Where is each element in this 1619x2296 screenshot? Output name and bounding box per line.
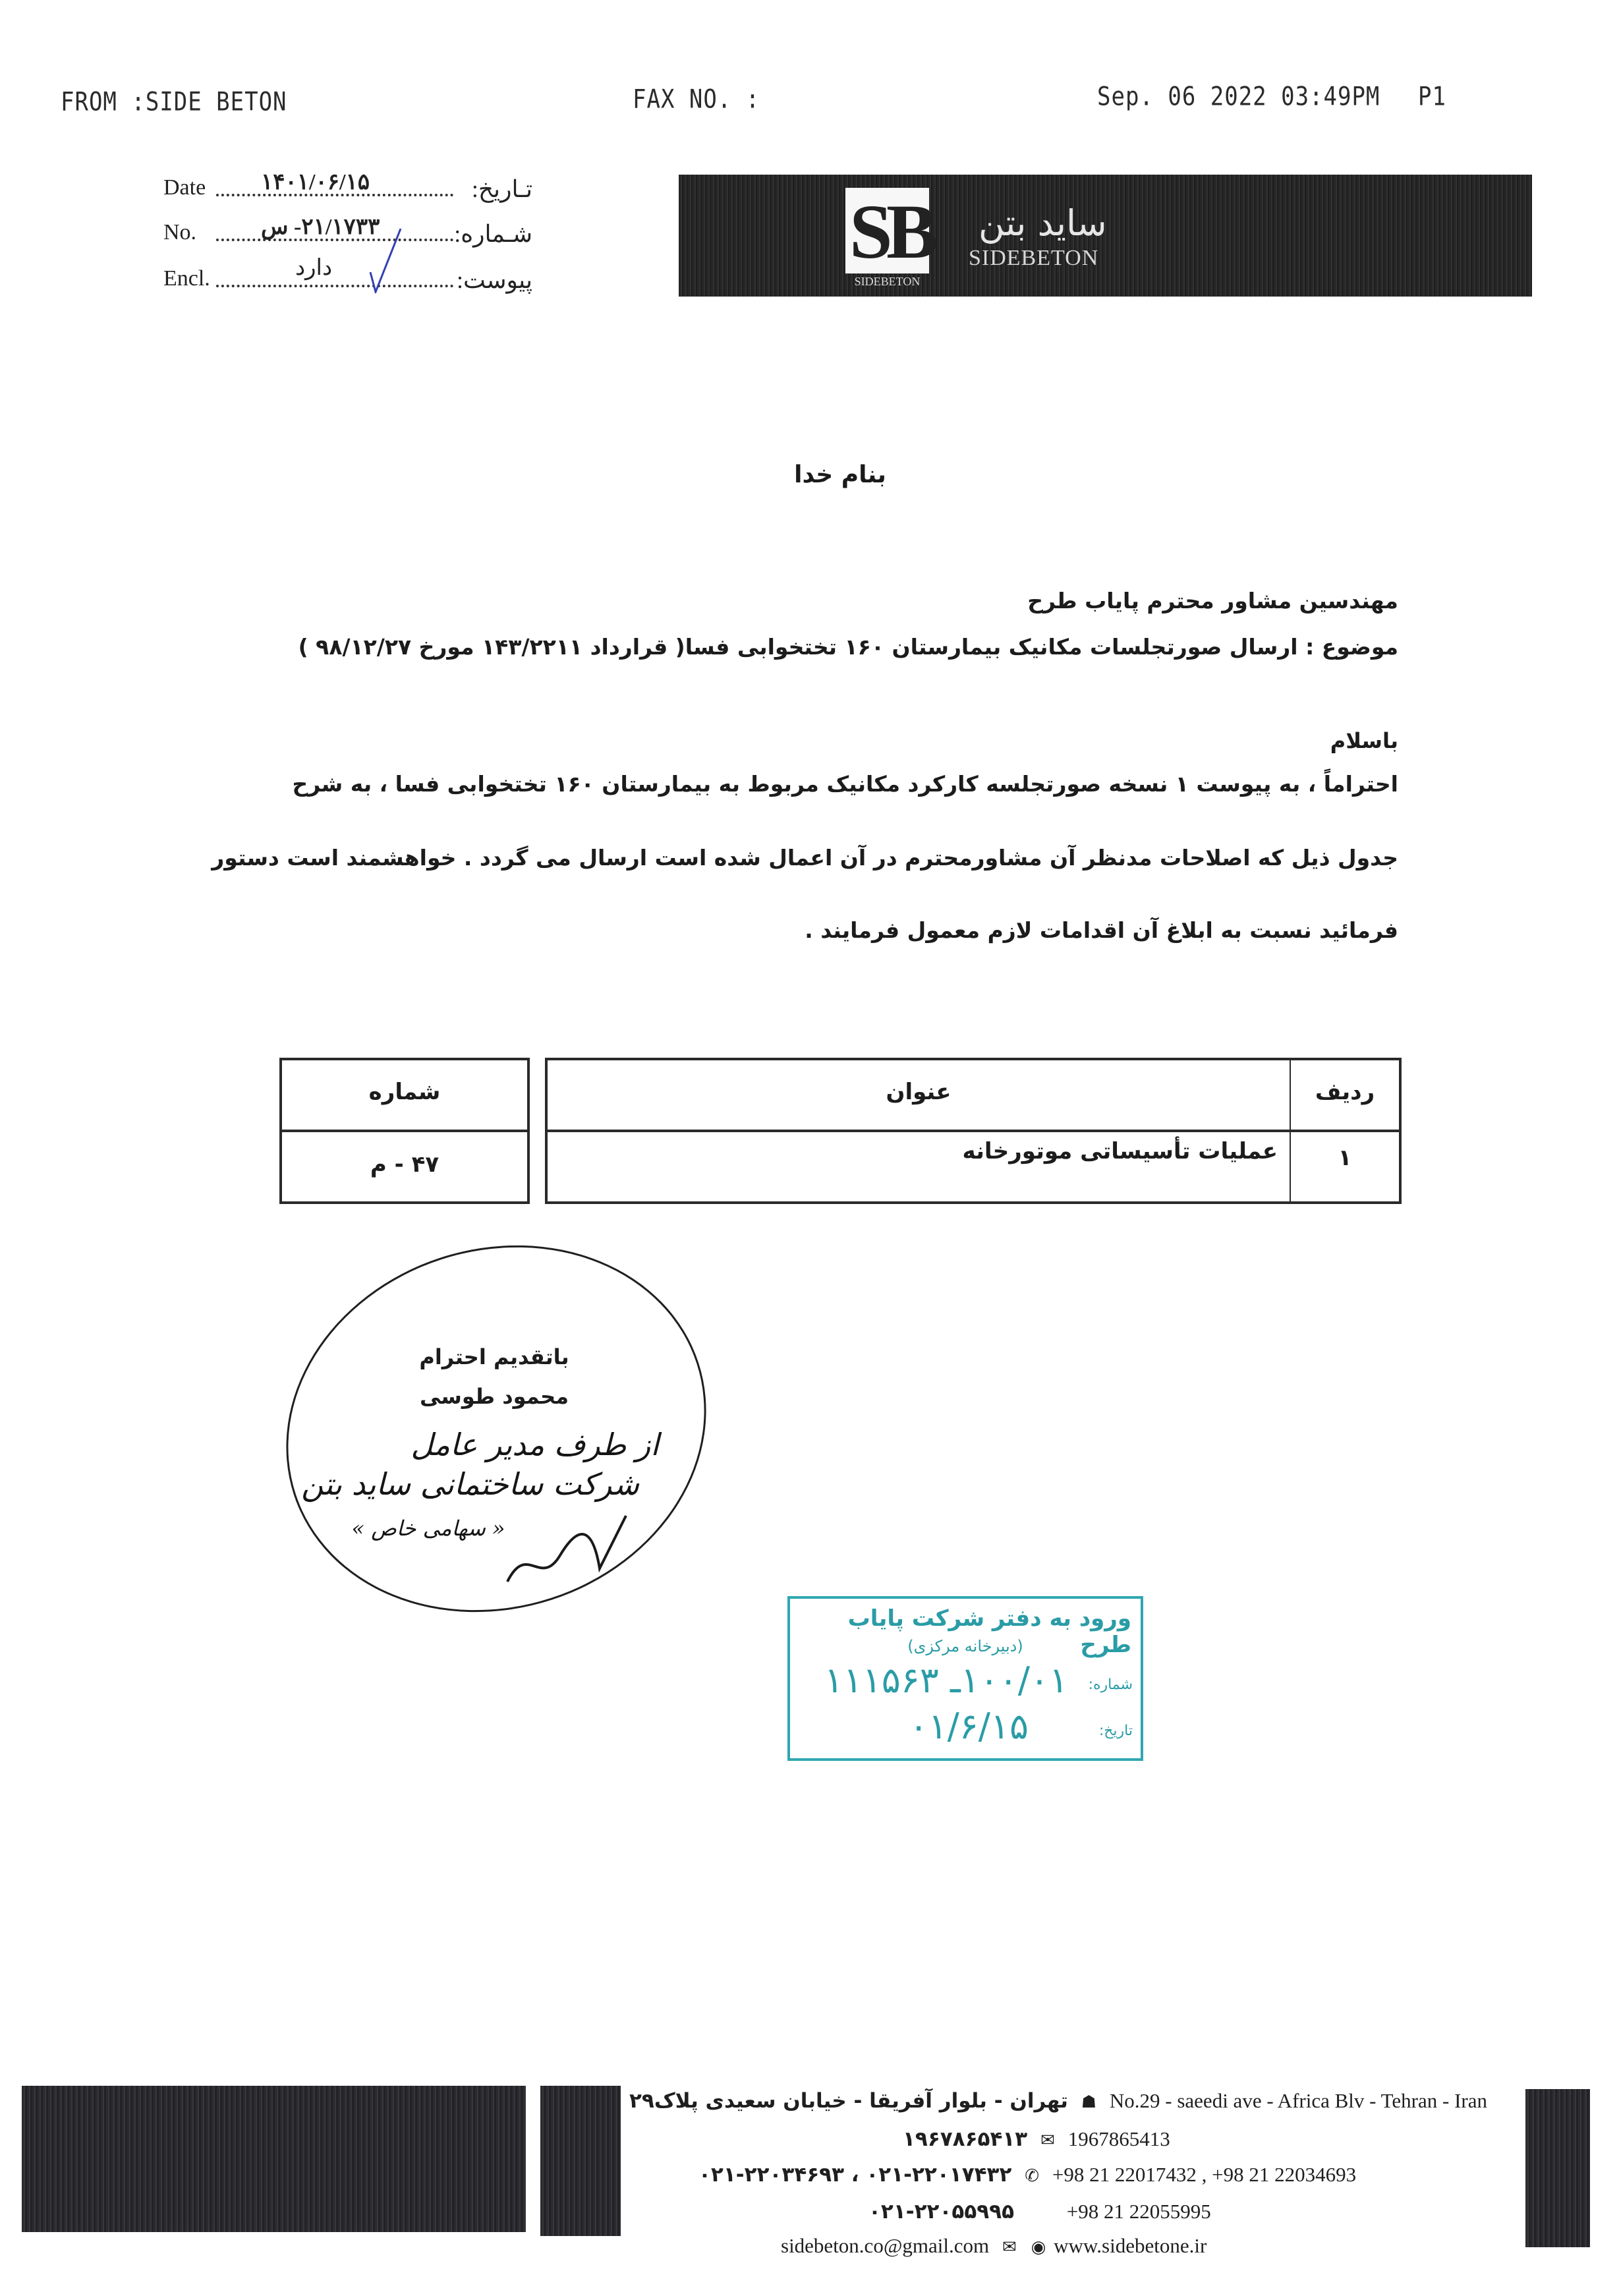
- building-icon: ☗: [1081, 2092, 1096, 2112]
- brand-name-en: SIDEBETON: [969, 246, 1098, 271]
- date-label-en: Date: [163, 175, 206, 200]
- logo-caption: SIDEBETON: [845, 275, 929, 289]
- brand-name-fa: ساید بتن: [979, 202, 1107, 244]
- phone-fa: ۰۲۱-۲۲۰۱۷۴۳۲ ، ۰۲۱-۲۲۰۳۴۶۹۳: [698, 2163, 1011, 2187]
- number-column: شماره ۴۷ - م: [279, 1058, 530, 1204]
- footer-phone: ۰۲۱-۲۲۰۱۷۴۳۲ ، ۰۲۱-۲۲۰۳۴۶۹۳ ✆ +98 21 220…: [698, 2163, 1356, 2187]
- header-row: ردیف: [1291, 1079, 1399, 1105]
- header-divider: [282, 1130, 527, 1132]
- meta-enclosure: Encl. دارد پیوست:: [163, 256, 532, 295]
- signature-line-2: شرکت ساختمانی ساید بتن: [297, 1466, 639, 1502]
- fax-number: FAX NO. :: [633, 84, 760, 115]
- stamp-date-label: تاریخ:: [1099, 1723, 1133, 1739]
- enclosure-label-en: Encl.: [163, 266, 210, 291]
- invocation: بنام خدا: [725, 461, 955, 488]
- signature-line-1: از طرف مدیر عامل: [369, 1427, 659, 1462]
- phone-en: +98 21 22017432 , +98 21 22034693: [1052, 2163, 1356, 2186]
- meta-number: No. ۲۱/۱۷۳۳- س شـماره:: [163, 210, 532, 249]
- company-logo: S B: [845, 188, 929, 273]
- footer-bar-right: [1525, 2089, 1590, 2247]
- checkmark-icon: [369, 227, 402, 293]
- fax-en: +98 21 22055995: [1067, 2200, 1211, 2223]
- stamp-number-label: شماره:: [1089, 1677, 1133, 1693]
- paragraph-line-3: فرمائید نسبت به ابلاغ آن اقدامات لازم مع…: [805, 917, 1398, 943]
- signature-line-3: « سهامی خاص »: [343, 1516, 514, 1541]
- footer-postal: ۱۹۶۷۸۶۵۴۱۳ ✉ 1967865413: [903, 2127, 1170, 2151]
- greeting: باسلام: [1330, 728, 1398, 753]
- email-link[interactable]: sidebeton.co@gmail.com: [781, 2234, 989, 2257]
- email-icon: ✉: [1002, 2237, 1017, 2257]
- enclosure-value: دارد: [295, 254, 332, 281]
- registration-stamp: ورود به دفتر شرکت پایاب طرح (دبیرخانه مر…: [787, 1596, 1143, 1761]
- number-label-fa: شـماره:: [454, 220, 532, 248]
- address-en: No.29 - saeedi ave - Africa Blv - Tehran…: [1110, 2089, 1487, 2112]
- phone-icon: ✆: [1025, 2166, 1039, 2186]
- logo-letter-b: B: [886, 193, 938, 271]
- fax-timestamp: Sep. 06 2022 03:49PM: [1097, 82, 1380, 112]
- mailbox-icon: ✉: [1040, 2131, 1055, 2150]
- number-value: ۲۱/۱۷۳۳- س: [261, 214, 380, 240]
- postal-fa: ۱۹۶۷۸۶۵۴۱۳: [903, 2127, 1027, 2151]
- items-table: شماره ۴۷ - م عنوان عملیات تأسیساتی موتور…: [279, 1058, 1402, 1204]
- footer-bar-small: [540, 2086, 621, 2236]
- subject: موضوع : ارسال صورتجلسات مکانیک بیمارستان…: [298, 634, 1398, 660]
- recipient: مهندسین مشاور محترم پایاب طرح: [1027, 588, 1398, 614]
- enclosure-label-fa: پیوست:: [457, 266, 532, 294]
- fax-fa: ۰۲۱-۲۲۰۵۵۹۹۵: [868, 2200, 1014, 2224]
- website-link[interactable]: www.sidebetone.ir: [1054, 2234, 1207, 2257]
- cell-number: ۴۷ - م: [282, 1151, 527, 1178]
- letterhead-banner: S B SIDEBETON ساید بتن SIDEBETON: [679, 175, 1532, 297]
- fax-from: FROM :SIDE BETON: [61, 87, 287, 117]
- stamp-subtitle: (دبیرخانه مرکزی): [790, 1637, 1141, 1655]
- stamp-date-value: ۰۱/۶/۱۵: [909, 1706, 1029, 1747]
- paragraph-line-1: احتراماً ، به پیوست ۱ نسخه صورتجلسه کارک…: [292, 771, 1398, 797]
- stamp-number-value: ۱۰۰/۰۱ـ ۱۱۱۵۶۳: [824, 1659, 1068, 1701]
- date-label-fa: تـاریخ:: [472, 175, 532, 203]
- header-number: شماره: [282, 1079, 527, 1105]
- cell-row: ۱: [1291, 1145, 1399, 1171]
- date-value: ۱۴۰۱/۰۶/۱۵: [261, 169, 370, 195]
- title-and-row-columns: عنوان عملیات تأسیساتی موتورخانه ردیف ۱: [545, 1058, 1402, 1204]
- globe-icon: ◉: [1031, 2237, 1046, 2257]
- address-fa: تهران - بلوار آفریقا - خیابان سعیدی پلاک…: [629, 2089, 1068, 2113]
- header-divider: [548, 1130, 1399, 1132]
- footer-address: تهران - بلوار آفریقا - خیابان سعیدی پلاک…: [629, 2089, 1487, 2113]
- footer-fax: ۰۲۱-۲۲۰۵۵۹۹۵ +98 21 22055995: [868, 2200, 1211, 2224]
- dotted-line: [216, 285, 453, 287]
- header-title: عنوان: [548, 1079, 1290, 1105]
- number-label-en: No.: [163, 220, 196, 245]
- signer-name: محمود طوسی: [369, 1384, 619, 1409]
- closing: باتقدیم احترام: [369, 1344, 619, 1369]
- meta-date: Date ۱۴۰۱/۰۶/۱۵ تـاریخ:: [163, 165, 532, 204]
- footer-web: sidebeton.co@gmail.com ✉ ◉ www.sidebeton…: [781, 2234, 1207, 2258]
- signature-scribble-icon: [501, 1503, 633, 1595]
- cell-title: عملیات تأسیساتی موتورخانه: [963, 1138, 1278, 1164]
- fax-page: P1: [1418, 82, 1446, 112]
- postal-en: 1967865413: [1068, 2127, 1170, 2150]
- footer-bar-left: [22, 2086, 526, 2232]
- paragraph-line-2: جدول ذیل که اصلاحات مدنظر آن مشاورمحترم …: [212, 845, 1398, 871]
